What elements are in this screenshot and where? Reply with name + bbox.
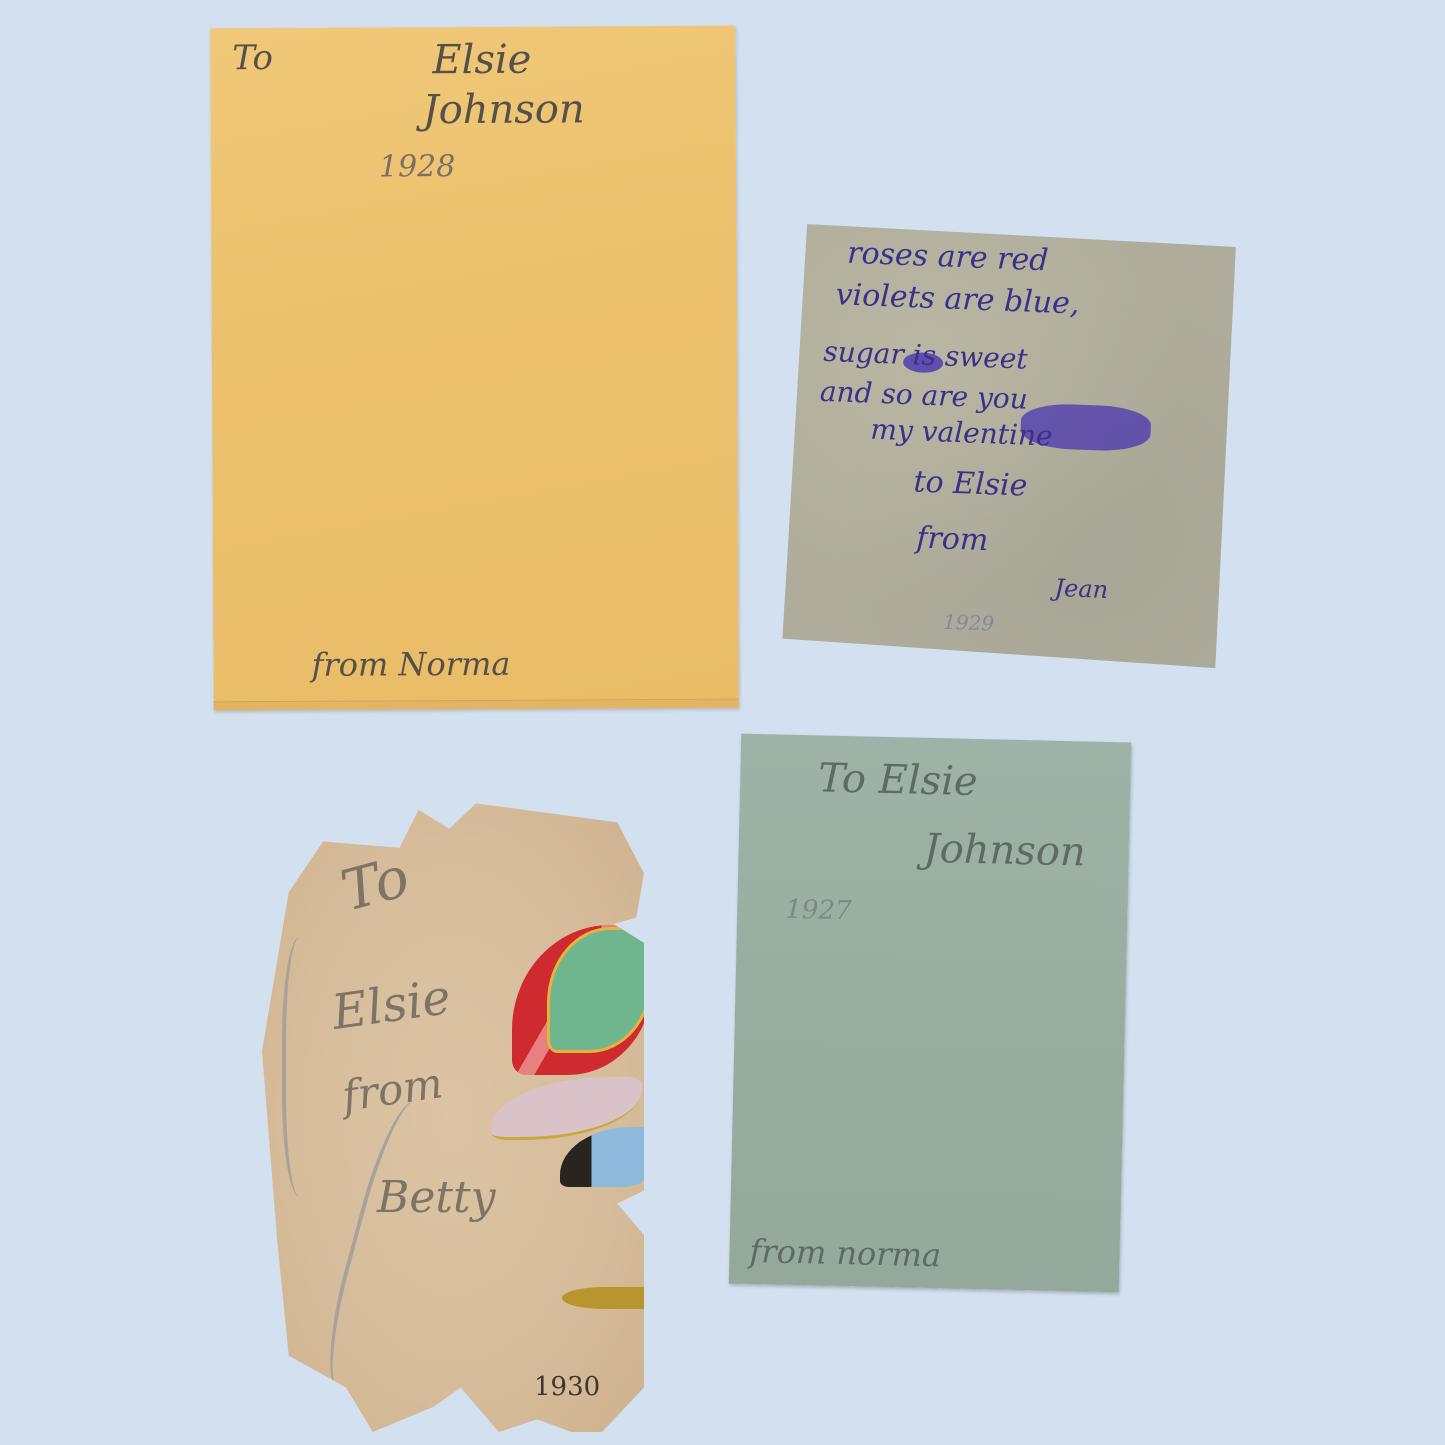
- card2-poem-line-3: sugar is sweet: [823, 335, 1028, 376]
- card-green: To Elsie Johnson 1927 from norma: [729, 734, 1131, 1293]
- card3-to-text: To: [335, 844, 416, 924]
- blue-leaf-decoration-icon: [560, 1127, 650, 1187]
- card3-signature: Betty: [377, 1172, 496, 1223]
- card-decorated-cutout: To Elsie from Betty 1930: [262, 797, 644, 1432]
- card2-poem-line-4: and so are you: [819, 375, 1028, 416]
- card2-to-text: to Elsie: [913, 464, 1028, 503]
- card1-bottom-edge: [214, 699, 739, 711]
- vine-decoration-icon: [314, 1094, 453, 1400]
- card2-poem-line-1: roses are red: [847, 236, 1050, 279]
- card1-to-text: To: [232, 38, 273, 78]
- card2-poem-line-5: my valentine: [870, 413, 1053, 453]
- card1-year: 1928: [379, 149, 456, 184]
- card4-name-last: Johnson: [923, 826, 1086, 876]
- card2-signature: Jean: [1054, 574, 1109, 604]
- card2-year: 1929: [943, 610, 995, 636]
- card4-year: 1927: [785, 895, 852, 926]
- card3-name: Elsie: [329, 969, 454, 1041]
- card4-to-text: To Elsie: [818, 755, 978, 805]
- vine-decoration-icon: [282, 937, 326, 1197]
- card-yellow-envelope: To Elsie Johnson 1928 from Norma: [210, 26, 739, 711]
- gold-swash-decoration-icon: [562, 1287, 647, 1309]
- card1-name-first: Elsie: [432, 37, 531, 84]
- card-grey-note: roses are red violets are blue, sugar is…: [782, 224, 1236, 668]
- card1-from-text: from Norma: [311, 645, 510, 684]
- card4-from-text: from norma: [749, 1232, 941, 1274]
- card1-name-last: Johnson: [423, 86, 585, 133]
- card3-year: 1930: [534, 1372, 600, 1402]
- card2-poem-line-2: violets are blue,: [835, 277, 1080, 321]
- card2-from-text: from: [916, 521, 989, 559]
